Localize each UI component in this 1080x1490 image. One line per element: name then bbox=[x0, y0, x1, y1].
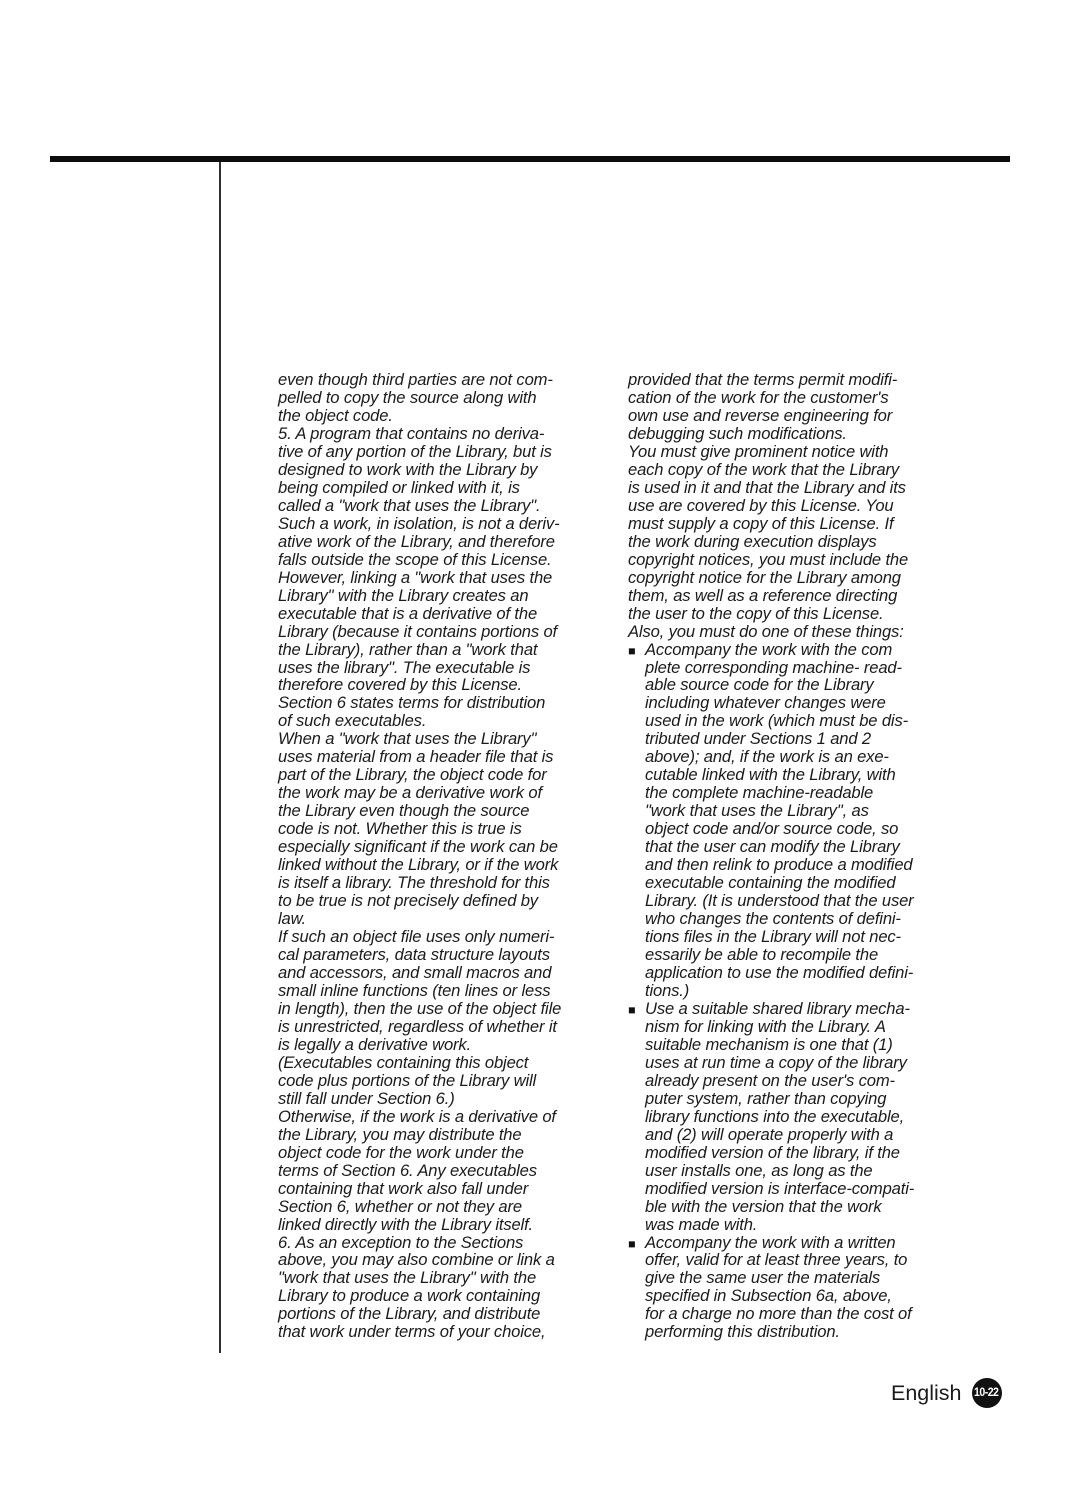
license-text-line: Such a work, in isolation, is not a deri… bbox=[278, 515, 608, 533]
bullet-square-icon: ■ bbox=[628, 643, 645, 661]
license-text-line: cation of the work for the customer's bbox=[628, 389, 958, 407]
license-text-line: provided that the terms permit modifi- bbox=[628, 371, 958, 389]
license-text-line: that the user can modify the Library bbox=[628, 838, 958, 856]
license-text-line: tions files in the Library will not nec- bbox=[628, 928, 958, 946]
license-text-line: the work may be a derivative work of bbox=[278, 784, 608, 802]
license-text-line: uses the library". The executable is bbox=[278, 659, 608, 677]
language-label: English bbox=[891, 1378, 962, 1408]
license-text-line: suitable mechanism is one that (1) bbox=[628, 1036, 958, 1054]
license-text-line: "work that uses the Library", as bbox=[628, 802, 958, 820]
license-text-line: and then relink to produce a modified bbox=[628, 856, 958, 874]
license-text-line: and accessors, and small macros and bbox=[278, 964, 608, 982]
license-text-line: give the same user the materials bbox=[628, 1269, 958, 1287]
license-text-line: executable that is a derivative of the bbox=[278, 605, 608, 623]
license-text-line: is itself a library. The threshold for t… bbox=[278, 874, 608, 892]
license-text-line: small inline functions (ten lines or les… bbox=[278, 982, 608, 1000]
license-text-line: code plus portions of the Library will bbox=[278, 1072, 608, 1090]
license-text-line: designed to work with the Library by bbox=[278, 461, 608, 479]
license-text-line: ative work of the Library, and therefore bbox=[278, 533, 608, 551]
license-text-line: If such an object file uses only numeri- bbox=[278, 928, 608, 946]
license-text-line: must supply a copy of this License. If bbox=[628, 515, 958, 533]
license-text-line: the work during execution displays bbox=[628, 533, 958, 551]
bullet-item-text: Accompany the work with a written bbox=[645, 1233, 896, 1252]
license-text-line: user installs one, as long as the bbox=[628, 1162, 958, 1180]
license-text-line: containing that work also fall under bbox=[278, 1180, 608, 1198]
license-text-line: tions.) bbox=[628, 982, 958, 1000]
bullet-square-icon: ■ bbox=[628, 1236, 645, 1254]
license-text-line: still fall under Section 6.) bbox=[278, 1090, 608, 1108]
license-text-line: offer, valid for at least three years, t… bbox=[628, 1251, 958, 1269]
page-number-badge: 10-22 bbox=[972, 1378, 1002, 1408]
license-text-line: However, linking a "work that uses the bbox=[278, 569, 608, 587]
license-text-line: the object code. bbox=[278, 407, 608, 425]
license-text-line: especially significant if the work can b… bbox=[278, 838, 608, 856]
license-text-line: uses at run time a copy of the library bbox=[628, 1054, 958, 1072]
license-text-line: essarily be able to recompile the bbox=[628, 946, 958, 964]
license-text-line: Also, you must do one of these things: bbox=[628, 623, 958, 641]
page-footer: English 10-22 bbox=[891, 1378, 1002, 1408]
license-text-line: Library" with the Library creates an bbox=[278, 587, 608, 605]
license-text-line: specified in Subsection 6a, above, bbox=[628, 1287, 958, 1305]
license-text-line: them, as well as a reference directing bbox=[628, 587, 958, 605]
bullet-item-text: Use a suitable shared library mecha- bbox=[645, 999, 910, 1018]
license-text-line: able source code for the Library bbox=[628, 676, 958, 694]
license-text-line: own use and reverse engineering for bbox=[628, 407, 958, 425]
license-text-line: was made with. bbox=[628, 1216, 958, 1234]
license-text-line: modified version is interface-compati- bbox=[628, 1180, 958, 1198]
license-text-line: cal parameters, data structure layouts bbox=[278, 946, 608, 964]
license-text-line: above, you may also combine or link a bbox=[278, 1251, 608, 1269]
license-text-line: is used in it and that the Library and i… bbox=[628, 479, 958, 497]
license-text-line: executable containing the modified bbox=[628, 874, 958, 892]
license-text-line: law. bbox=[278, 910, 608, 928]
license-text-line: the Library even though the source bbox=[278, 802, 608, 820]
license-text-line: ■Accompany the work with the com bbox=[628, 641, 958, 659]
license-text-line: the complete machine-readable bbox=[628, 784, 958, 802]
vertical-divider-rule bbox=[219, 162, 221, 1353]
top-rule bbox=[50, 156, 1010, 162]
license-text-line: being compiled or linked with it, is bbox=[278, 479, 608, 497]
license-text-line: falls outside the scope of this License. bbox=[278, 551, 608, 569]
license-text-line: copyright notice for the Library among bbox=[628, 569, 958, 587]
license-text-line: copyright notices, you must include the bbox=[628, 551, 958, 569]
license-text-line: ■Use a suitable shared library mecha- bbox=[628, 1000, 958, 1018]
license-text-line: is unrestricted, regardless of whether i… bbox=[278, 1018, 608, 1036]
license-text-line: the Library, you may distribute the bbox=[278, 1126, 608, 1144]
license-text-line: terms of Section 6. Any executables bbox=[278, 1162, 608, 1180]
license-column-left: even though third parties are not com-pe… bbox=[278, 371, 608, 1341]
license-text-line: code is not. Whether this is true is bbox=[278, 820, 608, 838]
license-text-line: debugging such modifications. bbox=[628, 425, 958, 443]
license-text-line: use are covered by this License. You bbox=[628, 497, 958, 515]
license-text-line: already present on the user's com- bbox=[628, 1072, 958, 1090]
license-text-line: Library (because it contains portions of bbox=[278, 623, 608, 641]
license-text-line: is legally a derivative work. bbox=[278, 1036, 608, 1054]
license-text-line: ■Accompany the work with a written bbox=[628, 1234, 958, 1252]
license-text-line: object code for the work under the bbox=[278, 1144, 608, 1162]
manual-page: even though third parties are not com-pe… bbox=[0, 0, 1080, 1490]
license-text-line: including whatever changes were bbox=[628, 694, 958, 712]
license-text-line: the user to the copy of this License. bbox=[628, 605, 958, 623]
license-text-line: pelled to copy the source along with bbox=[278, 389, 608, 407]
license-text-line: 5. A program that contains no deriva- bbox=[278, 425, 608, 443]
license-text-line: (Executables containing this object bbox=[278, 1054, 608, 1072]
bullet-square-icon: ■ bbox=[628, 1002, 645, 1020]
license-text-line: part of the Library, the object code for bbox=[278, 766, 608, 784]
license-text-line: to be true is not precisely defined by bbox=[278, 892, 608, 910]
license-text-line: You must give prominent notice with bbox=[628, 443, 958, 461]
license-text-line: tributed under Sections 1 and 2 bbox=[628, 730, 958, 748]
license-text-line: that work under terms of your choice, bbox=[278, 1323, 608, 1341]
license-text-line: cutable linked with the Library, with bbox=[628, 766, 958, 784]
license-text-line: nism for linking with the Library. A bbox=[628, 1018, 958, 1036]
license-text-line: tive of any portion of the Library, but … bbox=[278, 443, 608, 461]
license-text-line: uses material from a header file that is bbox=[278, 748, 608, 766]
page-number-text: 10-22 bbox=[974, 1387, 998, 1399]
license-text-line: portions of the Library, and distribute bbox=[278, 1305, 608, 1323]
license-column-right: provided that the terms permit modifi-ca… bbox=[628, 371, 958, 1341]
license-text-line: performing this distribution. bbox=[628, 1323, 958, 1341]
license-text-line: even though third parties are not com- bbox=[278, 371, 608, 389]
license-text-line: application to use the modified defini- bbox=[628, 964, 958, 982]
license-text-line: Section 6 states terms for distribution bbox=[278, 694, 608, 712]
license-text-line: the Library), rather than a "work that bbox=[278, 641, 608, 659]
license-text-line: linked directly with the Library itself. bbox=[278, 1216, 608, 1234]
bullet-item-text: Accompany the work with the com bbox=[645, 640, 892, 659]
license-text-line: used in the work (which must be dis- bbox=[628, 712, 958, 730]
license-text-line: and (2) will operate properly with a bbox=[628, 1126, 958, 1144]
license-text-line: of such executables. bbox=[278, 712, 608, 730]
license-text-line: When a "work that uses the Library" bbox=[278, 730, 608, 748]
license-text-line: called a "work that uses the Library". bbox=[278, 497, 608, 515]
license-text-line: who changes the contents of defini- bbox=[628, 910, 958, 928]
license-text-line: Library. (It is understood that the user bbox=[628, 892, 958, 910]
license-text-line: "work that uses the Library" with the bbox=[278, 1269, 608, 1287]
license-text-line: plete corresponding machine- read- bbox=[628, 659, 958, 677]
license-text-line: in length), then the use of the object f… bbox=[278, 1000, 608, 1018]
license-text-line: Otherwise, if the work is a derivative o… bbox=[278, 1108, 608, 1126]
license-text-line: for a charge no more than the cost of bbox=[628, 1305, 958, 1323]
license-text-line: Library to produce a work containing bbox=[278, 1287, 608, 1305]
license-text-line: library functions into the executable, bbox=[628, 1108, 958, 1126]
license-text-line: therefore covered by this License. bbox=[278, 676, 608, 694]
license-text-line: above); and, if the work is an exe- bbox=[628, 748, 958, 766]
license-text-line: 6. As an exception to the Sections bbox=[278, 1234, 608, 1252]
license-text-line: object code and/or source code, so bbox=[628, 820, 958, 838]
license-text-line: modified version of the library, if the bbox=[628, 1144, 958, 1162]
license-text-line: puter system, rather than copying bbox=[628, 1090, 958, 1108]
license-text-line: ble with the version that the work bbox=[628, 1198, 958, 1216]
license-text-line: each copy of the work that the Library bbox=[628, 461, 958, 479]
license-text-line: Section 6, whether or not they are bbox=[278, 1198, 608, 1216]
license-text-line: linked without the Library, or if the wo… bbox=[278, 856, 608, 874]
